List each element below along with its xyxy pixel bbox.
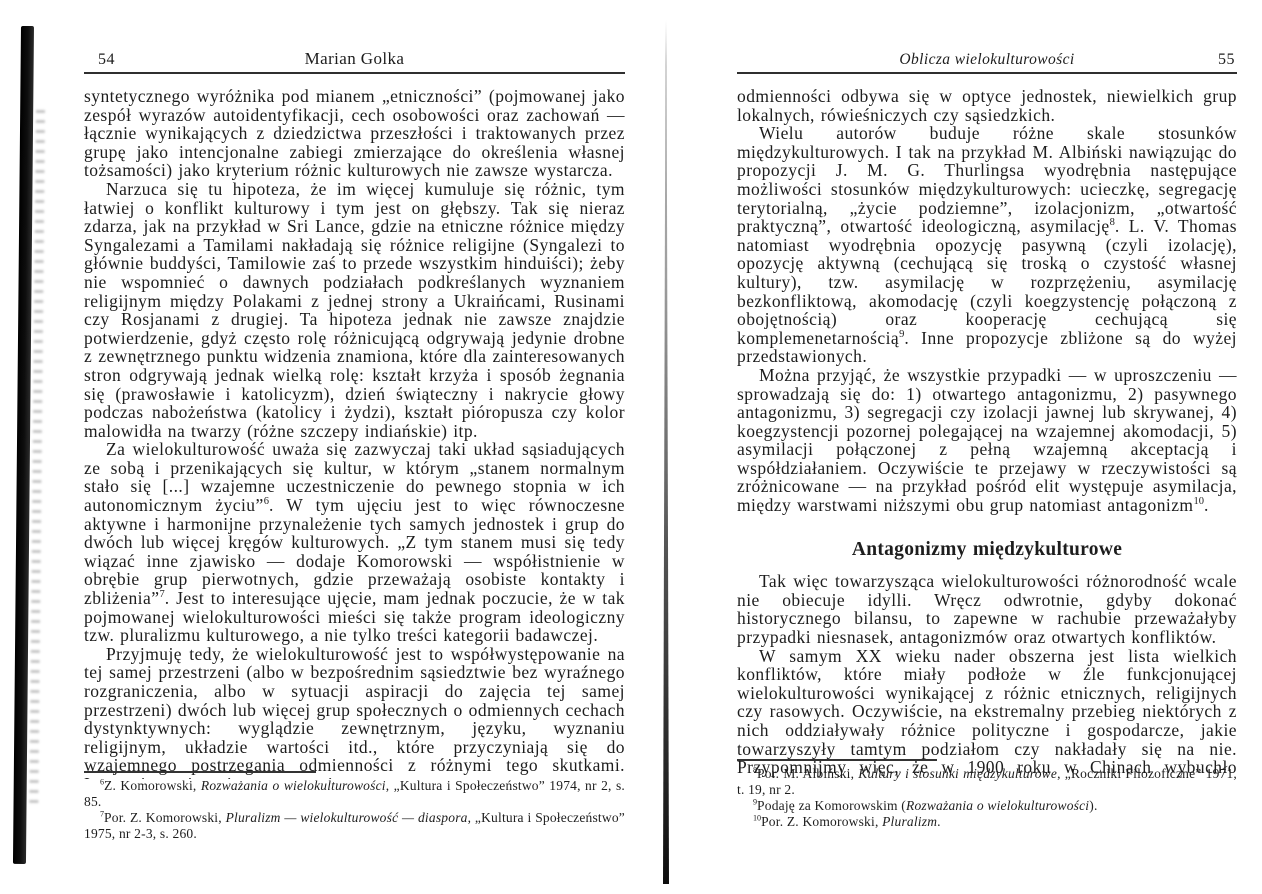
- running-head: Oblicza wielokulturowości: [737, 51, 1237, 69]
- footnote: 7Por. Z. Komorowski, Pluralizm — wieloku…: [84, 810, 625, 842]
- footnote: 10Por. Z. Komorowski, Pluralizm.: [737, 814, 1237, 830]
- paragraph: odmienności odbywa się w optyce jednoste…: [737, 87, 1237, 124]
- footnote-separator-rule: [84, 771, 316, 773]
- left-page-body: syntetycznego wyróżnika pod mianem „etni…: [84, 87, 625, 779]
- left-page: 54 Marian Golka syntetycznego wyróżnika …: [84, 42, 625, 852]
- right-page: Oblicza wielokulturowości 55 odmienności…: [737, 42, 1237, 852]
- left-page-footnotes: 6Z. Komorowski, Rozważania o wielokultur…: [84, 771, 625, 842]
- paragraph: syntetycznego wyróżnika pod mianem „etni…: [84, 87, 625, 180]
- page-gutter-shadow: [663, 20, 669, 884]
- footnote: 8Por. M. Albiński, Kultury i stosunki mi…: [737, 766, 1237, 798]
- right-page-body: odmienności odbywa się w optyce jednoste…: [737, 87, 1237, 779]
- paragraph: Tak więc towarzysząca wielokulturowości …: [737, 572, 1237, 646]
- right-page-footnotes: 8Por. M. Albiński, Kultury i stosunki mi…: [737, 759, 1237, 830]
- paragraph: Wielu autorów buduje różne skale stosunk…: [737, 124, 1237, 366]
- footnote-separator-rule: [737, 759, 937, 761]
- left-page-header: 54 Marian Golka: [84, 42, 625, 74]
- paragraph: Można przyjąć, że wszystkie przypadki — …: [737, 366, 1237, 515]
- right-page-header: Oblicza wielokulturowości 55: [737, 42, 1237, 74]
- paragraph: Przyjmuję tedy, że wielokulturowość jest…: [84, 645, 625, 779]
- footnote: 6Z. Komorowski, Rozważania o wielokultur…: [84, 778, 625, 810]
- running-head: Marian Golka: [84, 49, 625, 69]
- book-scan: 54 Marian Golka syntetycznego wyróżnika …: [0, 0, 1262, 894]
- page-number: 55: [1218, 51, 1235, 69]
- footnote: 9Podaję za Komorowskim (Rozważania o wie…: [737, 798, 1237, 814]
- paragraph: Narzuca się tu hipoteza, że im więcej ku…: [84, 180, 625, 440]
- section-heading: Antagonizmy międzykulturowe: [737, 541, 1237, 560]
- paragraph: Za wielokulturowość uważa się zazwyczaj …: [84, 440, 625, 645]
